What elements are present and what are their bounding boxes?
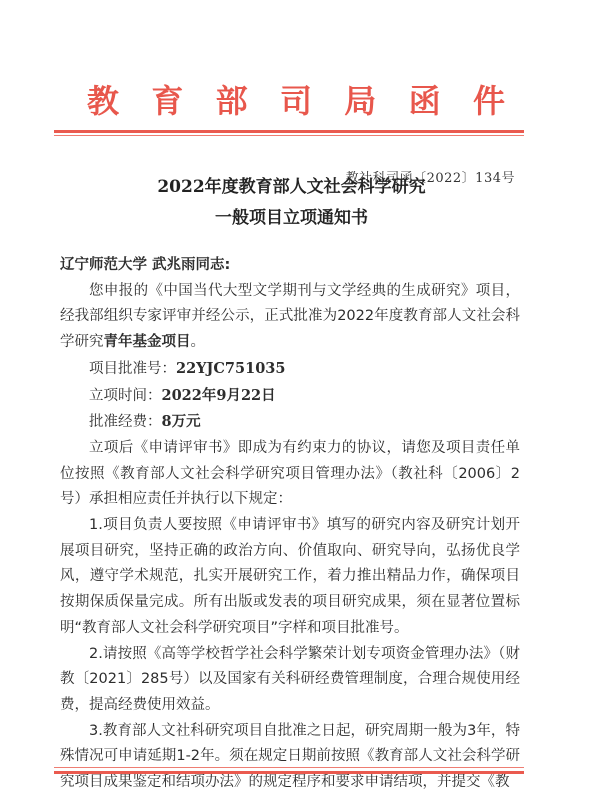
intro-end: 。 — [191, 334, 206, 350]
letter-body: 辽宁师范大学 武兆雨同志: 您申报的《中国当代大型文学期刊与文学经典的生成研究》… — [60, 253, 520, 796]
paragraph: 立项后《申请评审书》即成为有约束力的协议，请您及项目责任单位按照《教育部人文社会… — [60, 436, 520, 513]
field-label: 项目批准号： — [89, 361, 176, 377]
title-line-1: 2022年度教育部人文社会科学研究 — [0, 172, 583, 197]
field-value: 8万元 — [162, 413, 201, 430]
footer-rule-thin — [54, 767, 524, 768]
field-value: 2022年9月22日 — [162, 387, 276, 404]
paragraph: 2.请按照《高等学校哲学社会科学繁荣计划专项资金管理办法》（财教〔2021〕28… — [60, 642, 520, 719]
field-value: 22YJC751035 — [176, 360, 285, 377]
masthead-char: 部 — [215, 76, 249, 122]
paragraph: 1.项目负责人要按照《申请评审书》填写的研究内容及研究计划开展项目研究，坚持正确… — [60, 513, 520, 642]
masthead-char: 局 — [343, 76, 377, 122]
title-line-2: 一般项目立项通知书 — [0, 203, 583, 228]
field-approval-number: 项目批准号：22YJC751035 — [60, 356, 520, 383]
footer-rule-thick — [54, 771, 524, 774]
masthead-char: 教 — [86, 76, 120, 122]
header-rule-thin — [54, 135, 524, 136]
masthead-char: 育 — [150, 76, 184, 122]
field-funding: 批准经费：8万元 — [60, 409, 520, 436]
field-approval-date: 立项时间：2022年9月22日 — [60, 383, 520, 410]
masthead-char: 司 — [279, 76, 313, 122]
field-label: 批准经费： — [89, 414, 162, 430]
masthead: 教 育 部 司 局 函 件 — [86, 78, 506, 120]
masthead-char: 函 — [408, 76, 442, 122]
salutation: 辽宁师范大学 武兆雨同志: — [60, 253, 520, 279]
header-rule-thick — [54, 130, 524, 133]
project-type: 青年基金项目 — [104, 334, 191, 350]
paragraph: 3.教育部人文社科研究项目自批准之日起，研究周期一般为3年，特殊情况可申请延期1… — [60, 719, 520, 796]
masthead-char: 件 — [472, 76, 506, 122]
intro-paragraph: 您申报的《中国当代大型文学期刊与文学经典的生成研究》项目，经我部组织专家评审并经… — [60, 279, 520, 356]
field-label: 立项时间： — [89, 388, 162, 404]
